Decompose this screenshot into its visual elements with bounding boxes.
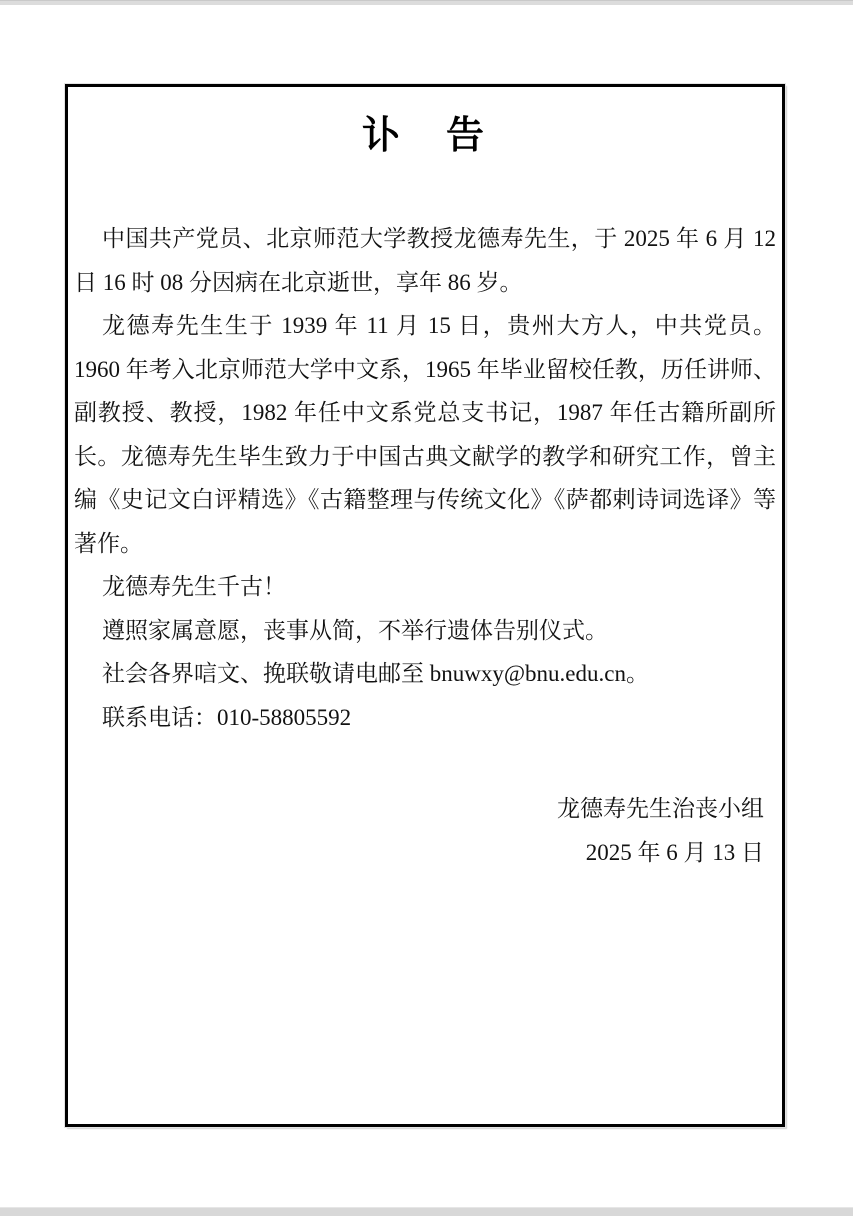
paragraph-funeral-arrangement: 遵照家属意愿，丧事从简，不举行遗体告别仪式。 [74, 609, 776, 653]
document-body: 中国共产党员、北京师范大学教授龙德寿先生，于 2025 年 6 月 12 日 1… [74, 217, 776, 739]
paragraph-death-announcement: 中国共产党员、北京师范大学教授龙德寿先生，于 2025 年 6 月 12 日 1… [74, 217, 776, 304]
signature-date: 2025 年 6 月 13 日 [68, 831, 764, 875]
paragraph-condolence-email: 社会各界唁文、挽联敬请电邮至 bnuwxy@bnu.edu.cn。 [74, 652, 776, 696]
paragraph-biography: 龙德寿先生生于 1939 年 11 月 15 日，贵州大方人，中共党员。1960… [74, 304, 776, 565]
obituary-page: 讣 告 中国共产党员、北京师范大学教授龙德寿先生，于 2025 年 6 月 12… [0, 0, 853, 1216]
paragraph-tribute: 龙德寿先生千古！ [74, 565, 776, 609]
signature-group-name: 龙德寿先生治丧小组 [68, 787, 764, 831]
paragraph-contact-phone: 联系电话：010-58805592 [74, 696, 776, 740]
signature-block: 龙德寿先生治丧小组 2025 年 6 月 13 日 [68, 787, 782, 875]
document-title: 讣 告 [68, 107, 782, 165]
bottom-edge-strip [0, 1207, 853, 1216]
page-border-frame: 讣 告 中国共产党员、北京师范大学教授龙德寿先生，于 2025 年 6 月 12… [65, 84, 785, 1127]
top-edge-strip [0, 0, 853, 5]
